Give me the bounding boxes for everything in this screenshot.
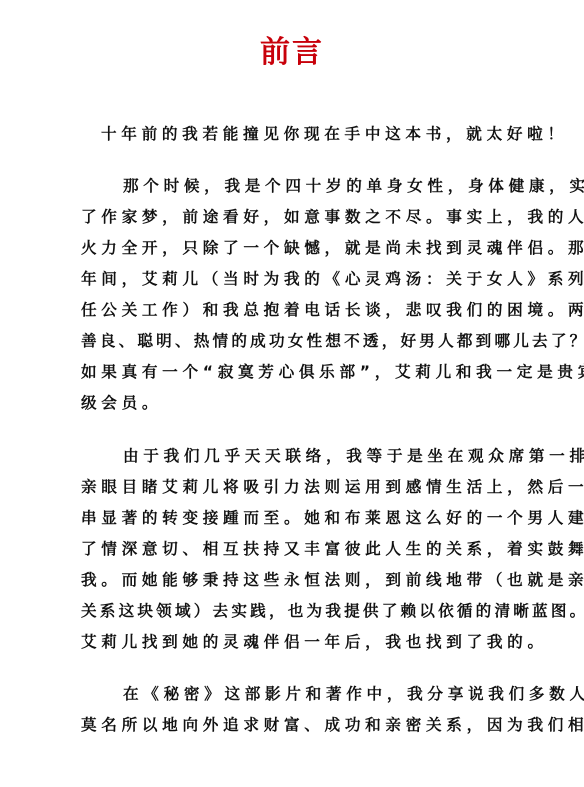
text-line: 亲眼目睹艾莉儿将吸引力法则运用到感情生活上，然后一连 bbox=[81, 472, 507, 503]
text-line: 串显著的转变接踵而至。她和布莱恩这么好的一个男人建立 bbox=[81, 503, 507, 534]
text-line: 任公关工作）和我总抱着电话长谈，悲叹我们的困境。两位 bbox=[81, 295, 507, 326]
paragraph-4: 在《秘密》这部影片和著作中，我分享说我们多数人都 莫名所以地向外追求财富、成功和… bbox=[81, 679, 507, 741]
text-line: 关系这块领域）去实践，也为我提供了赖以依循的清晰蓝图。 bbox=[81, 596, 507, 627]
page-title: 前言 bbox=[0, 33, 584, 73]
text-line: 十年前的我若能撞见你现在手中这本书，就太好啦！ bbox=[81, 119, 507, 150]
text-line: 火力全开，只除了一个缺憾，就是尚未找到灵魂伴侣。那几 bbox=[81, 233, 507, 264]
paragraph-1: 十年前的我若能撞见你现在手中这本书，就太好啦！ bbox=[81, 119, 507, 150]
text-line: 由于我们几乎天天联络，我等于是坐在观众席第一排， bbox=[81, 441, 507, 472]
text-line: 如果真有一个“寂寞芳心俱乐部”，艾莉儿和我一定是贵宾 bbox=[81, 357, 507, 388]
text-line: 善良、聪明、热情的成功女性想不透，好男人都到哪儿去了？ bbox=[81, 326, 507, 357]
text-line: 了作家梦，前途看好，如意事数之不尽。事实上，我的人生 bbox=[81, 202, 507, 233]
paragraph-2: 那个时候，我是个四十岁的单身女性，身体健康，实现 了作家梦，前途看好，如意事数之… bbox=[81, 171, 507, 419]
text-line: 那个时候，我是个四十岁的单身女性，身体健康，实现 bbox=[81, 171, 507, 202]
text-line: 我。而她能够秉持这些永恒法则，到前线地带（也就是亲密 bbox=[81, 565, 507, 596]
paragraph-3: 由于我们几乎天天联络，我等于是坐在观众席第一排， 亲眼目睹艾莉儿将吸引力法则运用… bbox=[81, 441, 507, 658]
text-line: 莫名所以地向外追求财富、成功和亲密关系，因为我们相信 bbox=[81, 710, 507, 741]
text-line: 级会员。 bbox=[81, 388, 507, 419]
text-line: 艾莉儿找到她的灵魂伴侣一年后，我也找到了我的。 bbox=[81, 627, 507, 658]
text-line: 了情深意切、相互扶持又丰富彼此人生的关系，着实鼓舞了 bbox=[81, 534, 507, 565]
text-line: 年间，艾莉儿（当时为我的《心灵鸡汤：关于女人》系列担 bbox=[81, 264, 507, 295]
text-line: 在《秘密》这部影片和著作中，我分享说我们多数人都 bbox=[81, 679, 507, 710]
